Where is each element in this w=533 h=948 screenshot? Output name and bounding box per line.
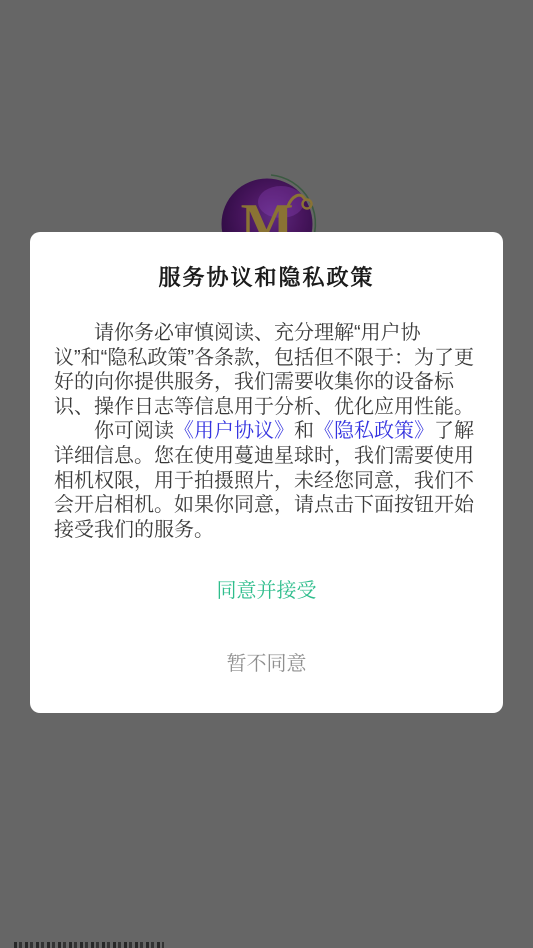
user-agreement-link[interactable]: 《用户协议》 (174, 420, 294, 442)
paragraph2-prefix: 你可阅读 (94, 420, 174, 442)
privacy-policy-link[interactable]: 《隐私政策》 (314, 420, 434, 442)
policy-paragraph-2: 你可阅读《用户协议》和《隐私政策》了解详细信息。您在使用蔓迪星球时，我们需要使用… (54, 419, 479, 542)
paragraph2-middle: 和 (294, 420, 314, 442)
dialog-body-text: 请你务必审慎阅读、充分理解“用户协议”和“隐私政策”各条款，包括但不限于：为了更… (30, 321, 503, 542)
privacy-policy-dialog: 服务协议和隐私政策 请你务必审慎阅读、充分理解“用户协议”和“隐私政策”各条款，… (30, 232, 503, 713)
dimmed-app-background: M 服务协议和隐私政策 请你务必审慎阅读、充分理解“用户协议”和“隐私政策”各条… (0, 0, 533, 948)
policy-paragraph-1: 请你务必审慎阅读、充分理解“用户协议”和“隐私政策”各条款，包括但不限于：为了更… (54, 321, 479, 419)
dialog-title: 服务协议和隐私政策 (30, 265, 503, 291)
agree-accept-button[interactable]: 同意并接受 (30, 579, 503, 603)
bottom-fineprint (14, 942, 164, 948)
disagree-button[interactable]: 暂不同意 (30, 652, 503, 676)
